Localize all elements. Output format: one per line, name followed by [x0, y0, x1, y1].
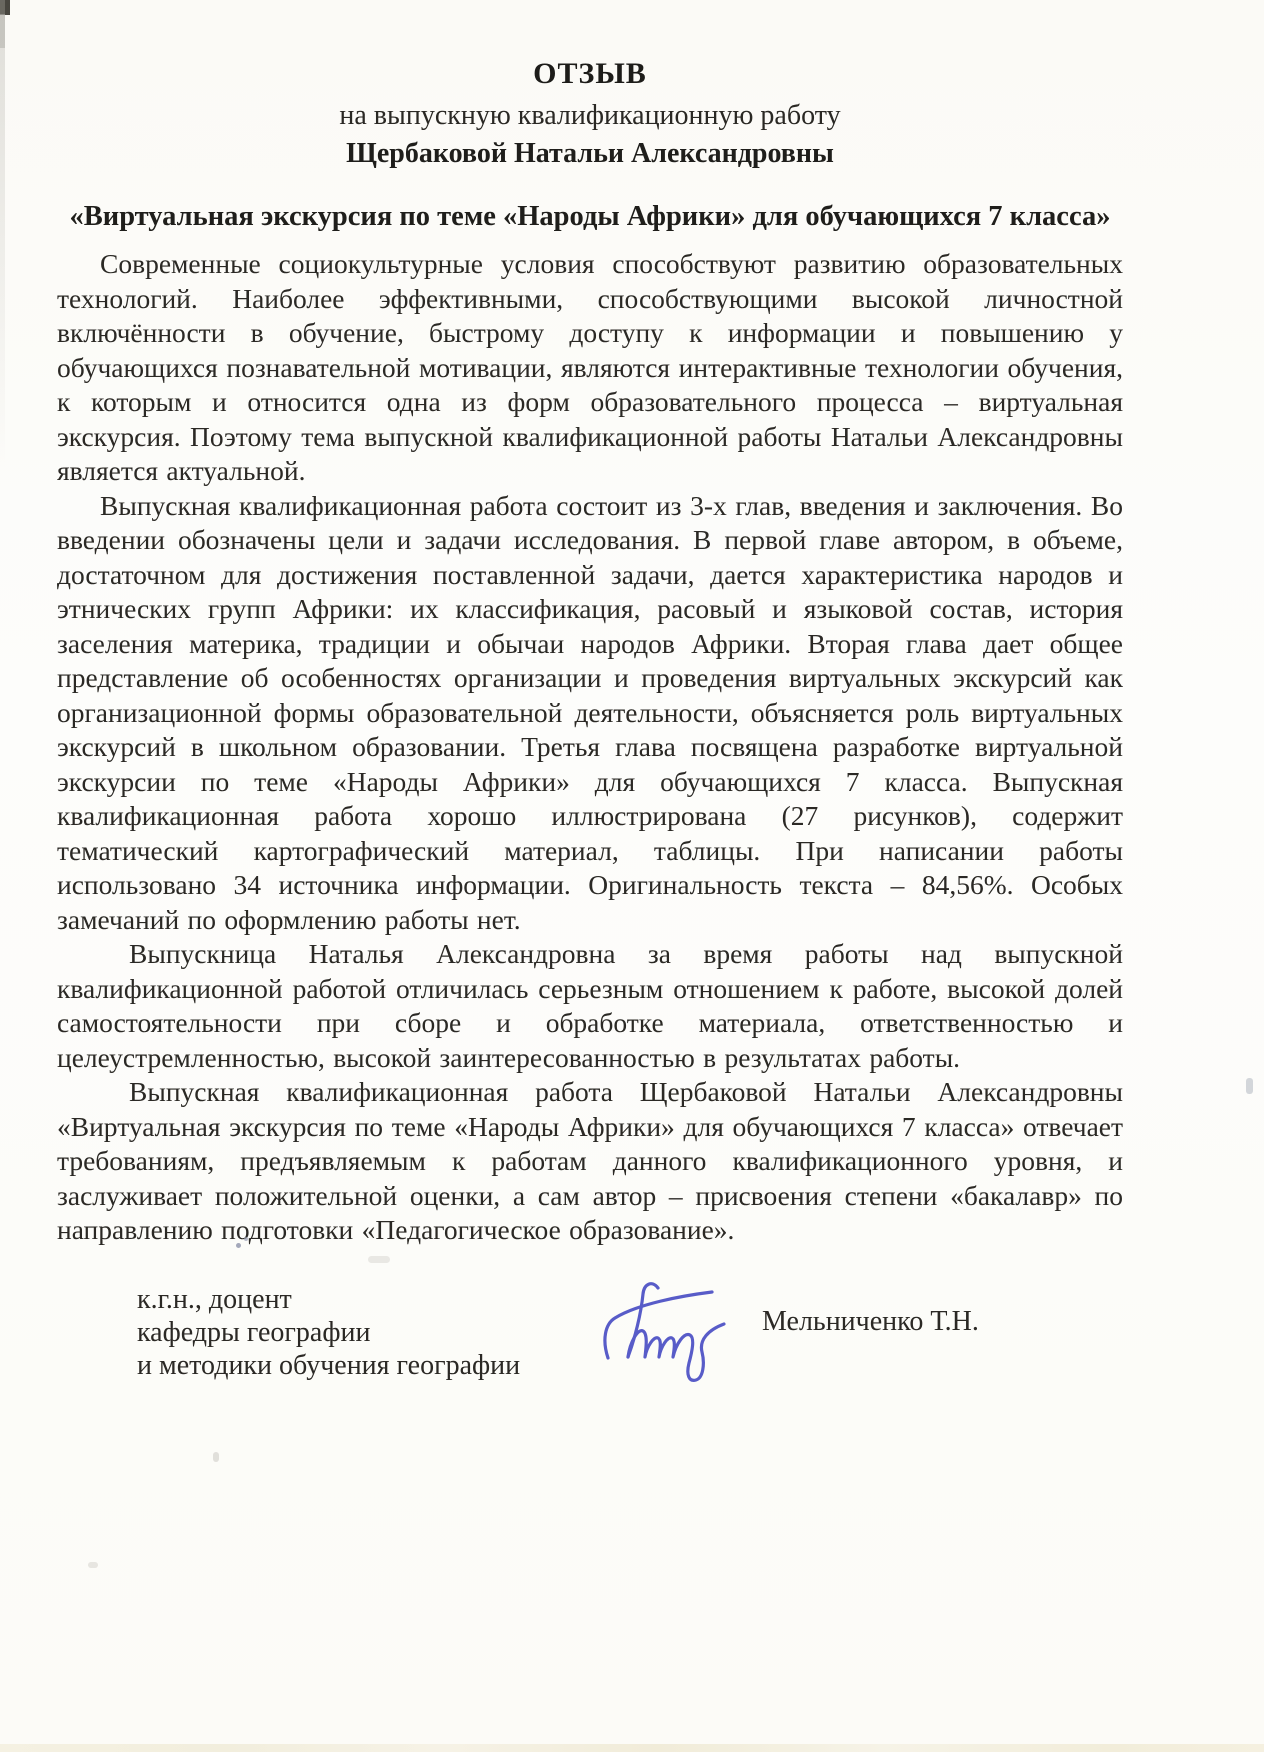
- scan-corner-artifact: [0, 0, 10, 15]
- paragraph-student-qualities: Выпускница Наталья Александровна за врем…: [57, 937, 1123, 1075]
- scan-smudge: [368, 1256, 390, 1263]
- work-title: «Виртуальная экскурсия по теме «Народы А…: [57, 201, 1123, 233]
- scan-corner-smudge: [0, 14, 5, 48]
- reviewer-position-line2: кафедры географии: [137, 1316, 520, 1349]
- reviewer-name: Мельниченко Т.Н.: [762, 1306, 979, 1338]
- title-block: ОТЗЫВ на выпускную квалификационную рабо…: [57, 57, 1123, 233]
- reviewer-position-line1: к.г.н., доцент: [137, 1283, 520, 1316]
- scan-smudge: [88, 1562, 98, 1568]
- paragraph-conclusion: Выпускная квалификационная работа Щербак…: [57, 1075, 1123, 1248]
- paragraph-structure: Выпускная квалификационная работа состои…: [57, 489, 1123, 938]
- reviewer-position-line3: и методики обучения географии: [137, 1349, 520, 1382]
- scan-speck: [1246, 1078, 1253, 1094]
- document-type-heading: ОТЗЫВ: [57, 57, 1123, 91]
- review-body: Современные социокультурные условия спос…: [57, 247, 1123, 1248]
- paragraph-relevance: Современные социокультурные условия спос…: [57, 247, 1123, 489]
- scan-left-edge-shadow: [0, 0, 5, 470]
- document-subtitle: на выпускную квалификационную работу: [57, 100, 1123, 132]
- scanned-review-document: ОТЗЫВ на выпускную квалификационную рабо…: [0, 0, 1264, 1752]
- document-author-name: Щербаковой Натальи Александровны: [57, 138, 1123, 170]
- handwritten-signature: [588, 1258, 738, 1393]
- scan-bottom-edge: [0, 1744, 1264, 1752]
- reviewer-position: к.г.н., доцент кафедры географии и метод…: [137, 1283, 520, 1382]
- scan-smudge: [213, 1452, 219, 1462]
